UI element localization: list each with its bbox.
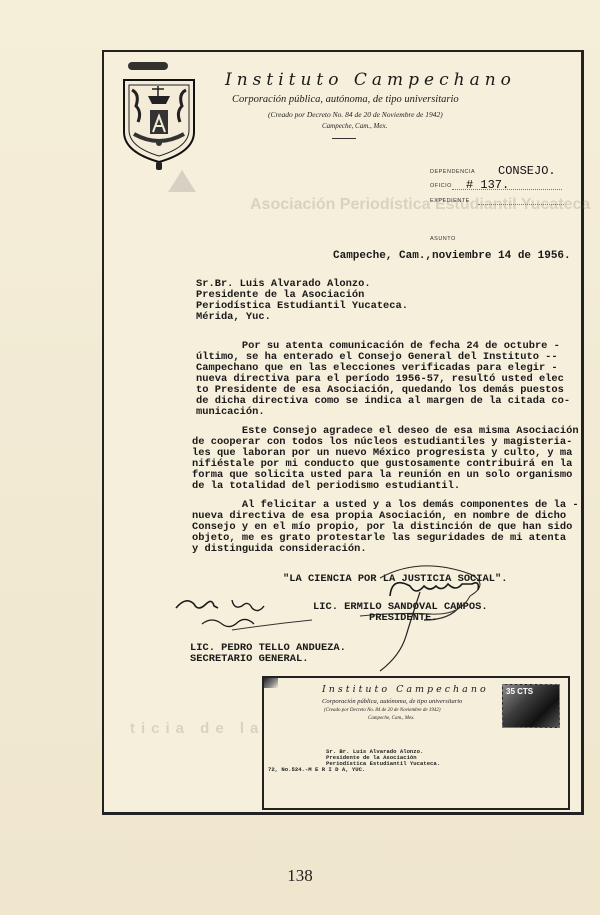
envelope-image: Instituto Campechano Corporación pública… — [262, 676, 570, 810]
envelope-address-street: 72, No.524.-M E R I D A, YUC. — [268, 767, 365, 773]
page-number: 138 — [0, 866, 600, 886]
president-title: PRESIDENTE. — [369, 613, 438, 624]
crest-pendant — [156, 162, 162, 170]
signature-secretary-icon — [172, 590, 322, 640]
dependencia-value: CONSEJO. — [498, 164, 556, 178]
secretary-title: SECRETARIO GENERAL. — [190, 654, 308, 665]
body-line: de la totalidad del periodismo estudiant… — [192, 481, 460, 492]
recipient-line: Mérida, Yuc. — [196, 312, 271, 323]
envelope-corner-smudge — [264, 678, 278, 688]
letterhead-institution: Instituto Campechano — [225, 70, 545, 90]
envelope-subtitle: Corporación pública, autónoma, de tipo u… — [322, 698, 462, 705]
envelope-city: Campeche, Cam., Mex. — [368, 716, 415, 721]
letterhead-decree: (Creado por Decreto No. 84 de 20 de Novi… — [268, 110, 443, 119]
coat-of-arms-icon — [120, 76, 198, 164]
expediente-line — [478, 204, 564, 205]
date-line: Campeche, Cam.,noviembre 14 de 1956. — [333, 251, 571, 262]
expediente-label: EXPEDIENTE — [430, 198, 470, 204]
body-line: municación. — [196, 407, 265, 418]
postage-stamp-icon: 35 CTS — [502, 684, 560, 728]
letterhead-city: Campeche, Cam., Mex. — [322, 122, 387, 130]
oficio-label: OFICIO — [430, 183, 452, 189]
body-line: y distinguida consideración. — [192, 544, 367, 555]
crest-ink-smear — [128, 62, 168, 70]
asunto-label: ASUNTO — [430, 236, 456, 242]
letterhead-subtitle: Corporación pública, autónoma, de tipo u… — [232, 94, 459, 105]
stamp-value: 35 CTS — [506, 687, 533, 696]
envelope-decree: (Creado por Decreto No. 84 de 20 de Novi… — [324, 708, 441, 713]
bleed-through-triangle — [168, 170, 196, 192]
oficio-value: # 137. — [466, 178, 509, 192]
letterhead-rule — [332, 138, 356, 139]
envelope-institution: Instituto Campechano — [322, 684, 489, 695]
dependencia-label: DEPENDENCIA — [430, 169, 475, 175]
bleed-through-text: Asociación Periodística Estudiantil Yuca… — [250, 196, 590, 214]
